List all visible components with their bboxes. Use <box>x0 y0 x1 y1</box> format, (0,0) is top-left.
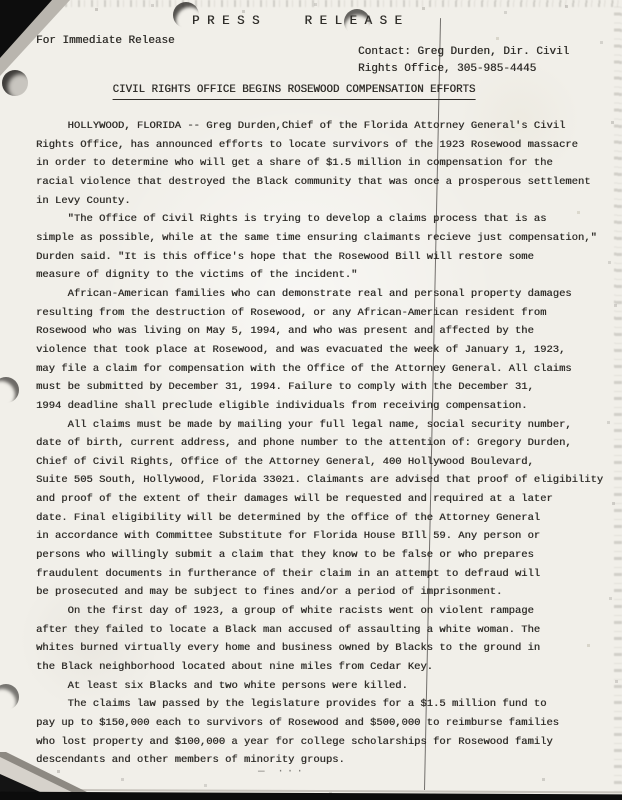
end-of-release-mark: — ··· <box>258 766 306 778</box>
hole-punch-left-middle <box>0 377 19 403</box>
hole-punch-left-lower <box>0 684 19 710</box>
scan-noise-right-edge <box>614 0 622 800</box>
document-title: CIVIL RIGHTS OFFICE BEGINS ROSEWOOD COMP… <box>113 84 476 100</box>
contact-line-2: Rights Office, 305-985-4445 <box>358 61 569 78</box>
paragraph-5: On the first day of 1923, a group of whi… <box>36 602 614 677</box>
hole-punch-top-left <box>173 2 199 28</box>
press-release-heading: P R E S S R E L E A S E <box>192 14 402 28</box>
paragraph-6: At least six Blacks and two white person… <box>36 677 614 696</box>
paragraph-3: African-American families who can demons… <box>36 285 614 416</box>
paragraph-7: The claims law passed by the legislature… <box>36 695 614 770</box>
hole-punch-left-upper <box>2 70 28 96</box>
document-body: HOLLYWOOD, FLORIDA -- Greg Durden,Chief … <box>36 117 614 770</box>
hole-punch-top-right <box>344 9 370 35</box>
paragraph-2: "The Office of Civil Rights is trying to… <box>36 210 614 285</box>
paragraph-1: HOLLYWOOD, FLORIDA -- Greg Durden,Chief … <box>36 117 614 210</box>
scanned-press-release-page: P R E S S R E L E A S E For Immediate Re… <box>0 0 622 800</box>
scan-noise-top-edge <box>0 0 622 7</box>
contact-line-1: Contact: Greg Durden, Dir. Civil <box>358 44 569 61</box>
release-status-line: For Immediate Release <box>36 35 175 47</box>
contact-block: Contact: Greg Durden, Dir. Civil Rights … <box>358 44 569 77</box>
paragraph-4: All claims must be made by mailing your … <box>36 416 614 603</box>
